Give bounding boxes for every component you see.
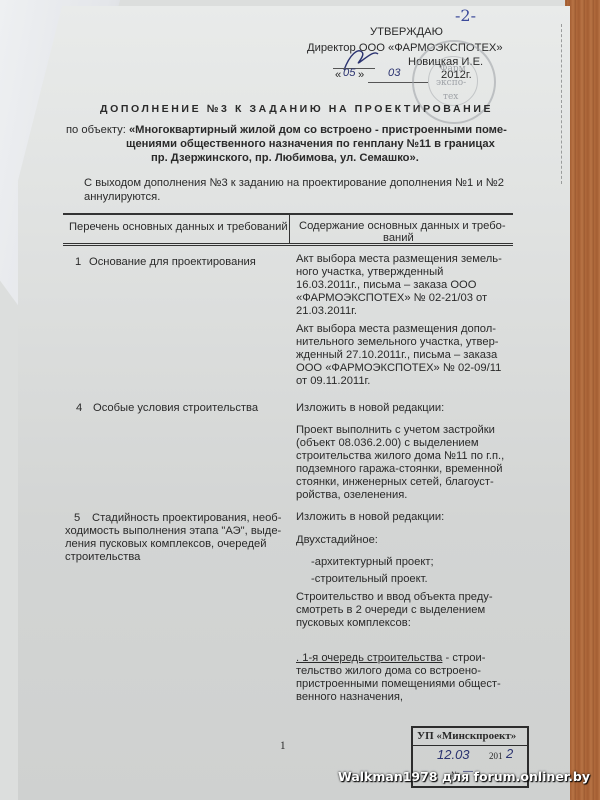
row-content-line: 21.03.2011г.	[296, 305, 357, 319]
row-content-line: жденный 27.10.2011г., письма – заказа	[296, 349, 497, 363]
row-label-line: Стадийность проектирования, необ-	[92, 512, 281, 526]
row-content-line: нительного земельного участка, утвер-	[296, 336, 499, 350]
row-content-line: Проект выполнить с учетом застройки	[296, 424, 495, 438]
object-line-2: щениями общественного назначения по генп…	[126, 138, 495, 152]
row-number: 1	[75, 256, 81, 270]
date-day-handwritten: 05	[343, 67, 355, 81]
row-content-line: «ФАРМОЭКСПОТЕХ» № 02-21/03 от	[296, 292, 487, 306]
row-content-line: Двухстадийное:	[296, 534, 378, 548]
table-header-divider	[289, 214, 290, 244]
row-content-line: . 1-я очередь строительства - строи-	[296, 652, 486, 666]
receipt-stamp-year-handwritten: 2	[506, 747, 513, 761]
row-content-line: Изложить в новой редакции:	[296, 511, 444, 525]
row-content-line: Строительство и ввод объекта преду-	[296, 591, 493, 605]
row-content-line: 16.03.2011г., письма – заказа ООО	[296, 279, 476, 293]
date-close-quote: »	[358, 69, 364, 83]
row-number: 4	[76, 402, 82, 416]
intro-line-2: аннулируются.	[84, 191, 160, 205]
margin-dashed-line	[561, 24, 562, 184]
row-label: Особые условия строительства	[93, 402, 258, 416]
watermark-text: Walkman1978 для forum.onliner.by	[338, 769, 590, 784]
seal-text-2: экспо-	[436, 78, 466, 88]
date-open-quote: «	[335, 69, 341, 83]
row-content-line: тельство жилого дома со встроено-	[296, 665, 481, 679]
page-number: 1	[280, 740, 286, 754]
row-content-line: Изложить в новой редакции:	[296, 402, 444, 416]
document-title: ДОПОЛНЕНИЕ №3 К ЗАДАНИЮ НА ПРОЕКТИРОВАНИ…	[100, 103, 493, 117]
receipt-stamp-year-print: 201	[489, 750, 503, 764]
row-content-line: подземного гаража-стоянки, временной	[296, 463, 503, 477]
row-label-line: строительства	[65, 551, 140, 565]
approved-label: УТВЕРЖДАЮ	[370, 26, 443, 40]
object-prefix: по объекту:	[66, 124, 129, 136]
first-stage-label: . 1-я очередь строительства	[296, 652, 442, 664]
row-content-line: смотреть в 2 очереди с выделением	[296, 604, 485, 618]
row-label: Основание для проектирования	[89, 256, 256, 270]
receipt-stamp-org: УП «Минскпроект»	[417, 730, 516, 744]
row-content-line: Акт выбора места размещения земель-	[296, 253, 502, 267]
intro-line-1: С выходом дополнения №3 к заданию на про…	[84, 177, 504, 191]
row-content-line: ООО «ФАРМОЭКСПОТЕХ» № 02-09/11	[296, 362, 501, 376]
row-content-line: строительства жилого дома №11 по г.п.,	[296, 450, 504, 464]
row-content-line: -архитектурный проект;	[311, 556, 434, 570]
handwritten-page-number: -2-	[455, 6, 476, 25]
table-top-rule	[63, 213, 513, 215]
object-line-3: пр. Дзержинского, пр. Любимова, ул. Сема…	[151, 152, 419, 166]
row-content-line: пристроенными помещениями общест-	[296, 678, 501, 692]
seal-text-3: тех	[443, 92, 458, 102]
object-line-1: по объекту: «Многоквартирный жилой дом с…	[66, 124, 507, 138]
table-header-double-rule	[63, 243, 513, 246]
row-content-line: пусковых комплексов:	[296, 617, 411, 631]
row-content-line: Акт выбора места размещения допол-	[296, 323, 496, 337]
object-name-line-1: «Многоквартирный жилой дом со встроено -…	[129, 124, 507, 136]
row-number: 5	[74, 512, 80, 526]
row-content-line: ройства, озеленения.	[296, 489, 407, 503]
row-label-line: ходимость выполнения этапа "АЭ", выде-	[65, 525, 281, 539]
row-content-line: ного участка, утвержденный	[296, 266, 443, 280]
header-col-2-line-2: ваний	[383, 232, 414, 246]
header-col-1: Перечень основных данных и требований	[69, 221, 288, 235]
row-content-line: (объект 08.036.2.00) с выделением	[296, 437, 479, 451]
date-month-handwritten: 03	[388, 67, 400, 81]
row-content-line: от 09.11.2011г.	[296, 375, 370, 389]
row-content-line: стоянки, инженерных сетей, благоуст-	[296, 476, 494, 490]
first-stage-text: - строи-	[442, 652, 485, 664]
seal-text-1: Фарм	[440, 64, 466, 74]
row-content-line: венного назначения,	[296, 691, 403, 705]
row-content-line: -строительный проект.	[311, 573, 428, 587]
receipt-stamp-date-handwritten: 12.03	[437, 748, 470, 762]
row-label-line: ления пусковых комплексов, очередей	[65, 538, 266, 552]
